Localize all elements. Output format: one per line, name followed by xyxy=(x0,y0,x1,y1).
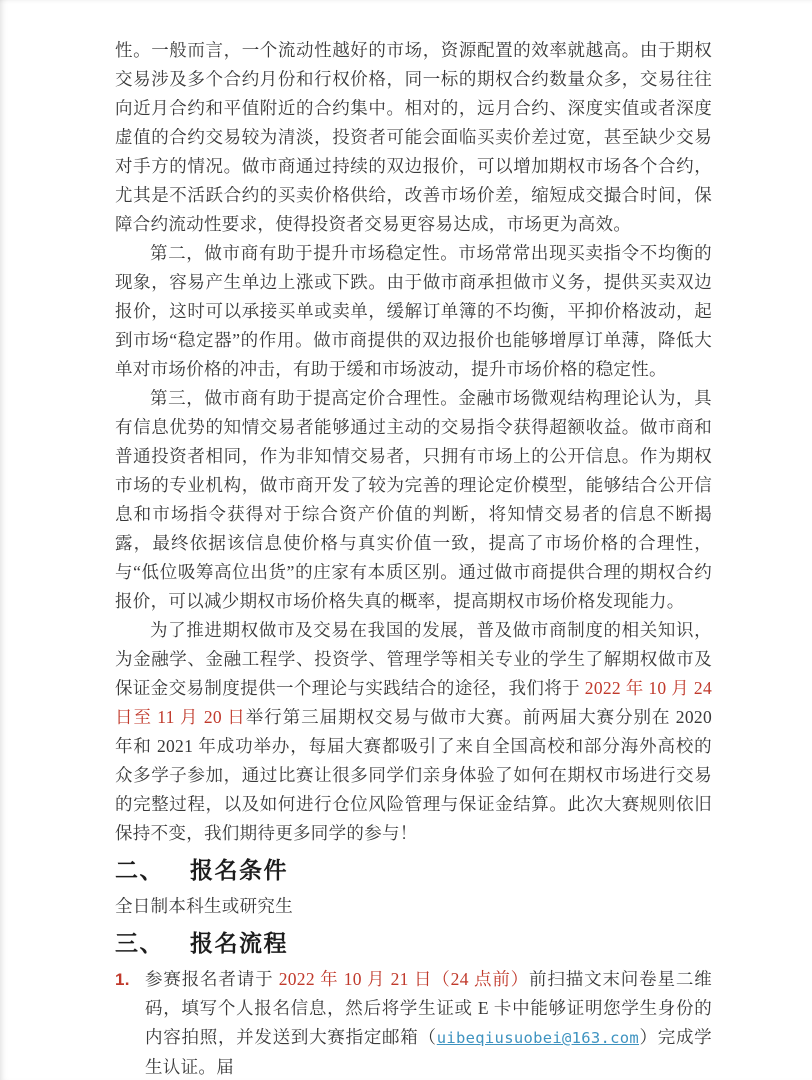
document-page: 性。一般而言，一个流动性越好的市场，资源配置的效率就越高。由于期权交易涉及多个合… xyxy=(0,0,812,1080)
section-title: 报名流程 xyxy=(190,930,288,956)
text-run: 参赛报名者请于 xyxy=(145,969,279,989)
signup-step-item: 1.参赛报名者请于 2022 年 10 月 21 日（24 点前）前扫描文末问卷… xyxy=(115,965,712,1080)
highlight-date: 2022 年 10 月 21 日（24 点前） xyxy=(279,969,529,989)
section-title: 报名条件 xyxy=(190,857,288,883)
section-heading-signup-process: 三、报名流程 xyxy=(115,928,712,958)
step-number: 1. xyxy=(115,965,130,994)
text-run: 第三，做市商有助于提高定价合理性。金融市场微观结构理论认为，具有信息优势的知情交… xyxy=(115,388,712,611)
text-run: 性。一般而言，一个流动性越好的市场，资源配置的效率就越高。由于期权交易涉及多个合… xyxy=(115,40,712,234)
section-number: 二、 xyxy=(115,857,164,883)
text-run: 第二，做市商有助于提升市场稳定性。市场常常出现买卖指令不均衡的现象，容易产生单边… xyxy=(115,243,712,379)
signup-conditions-text: 全日制本科生或研究生 xyxy=(115,892,712,921)
email-link[interactable]: uibeqiusuobei@163.com xyxy=(437,1029,639,1047)
body-paragraph: 性。一般而言，一个流动性越好的市场，资源配置的效率就越高。由于期权交易涉及多个合… xyxy=(115,36,712,239)
text-run: 举行第三届期权交易与做市大赛。前两届大赛分别在 2020 年和 2021 年成功… xyxy=(115,707,712,843)
body-paragraph: 第三，做市商有助于提高定价合理性。金融市场微观结构理论认为，具有信息优势的知情交… xyxy=(115,384,712,616)
signup-steps-list: 1.参赛报名者请于 2022 年 10 月 21 日（24 点前）前扫描文末问卷… xyxy=(115,965,712,1080)
section-number: 三、 xyxy=(115,930,164,956)
body-paragraphs: 性。一般而言，一个流动性越好的市场，资源配置的效率就越高。由于期权交易涉及多个合… xyxy=(115,36,712,848)
section-heading-signup-conditions: 二、报名条件 xyxy=(115,855,712,885)
body-paragraph: 第二，做市商有助于提升市场稳定性。市场常常出现买卖指令不均衡的现象，容易产生单边… xyxy=(115,239,712,384)
body-paragraph: 为了推进期权做市及交易在我国的发展，普及做市商制度的相关知识，为金融学、金融工程… xyxy=(115,616,712,848)
